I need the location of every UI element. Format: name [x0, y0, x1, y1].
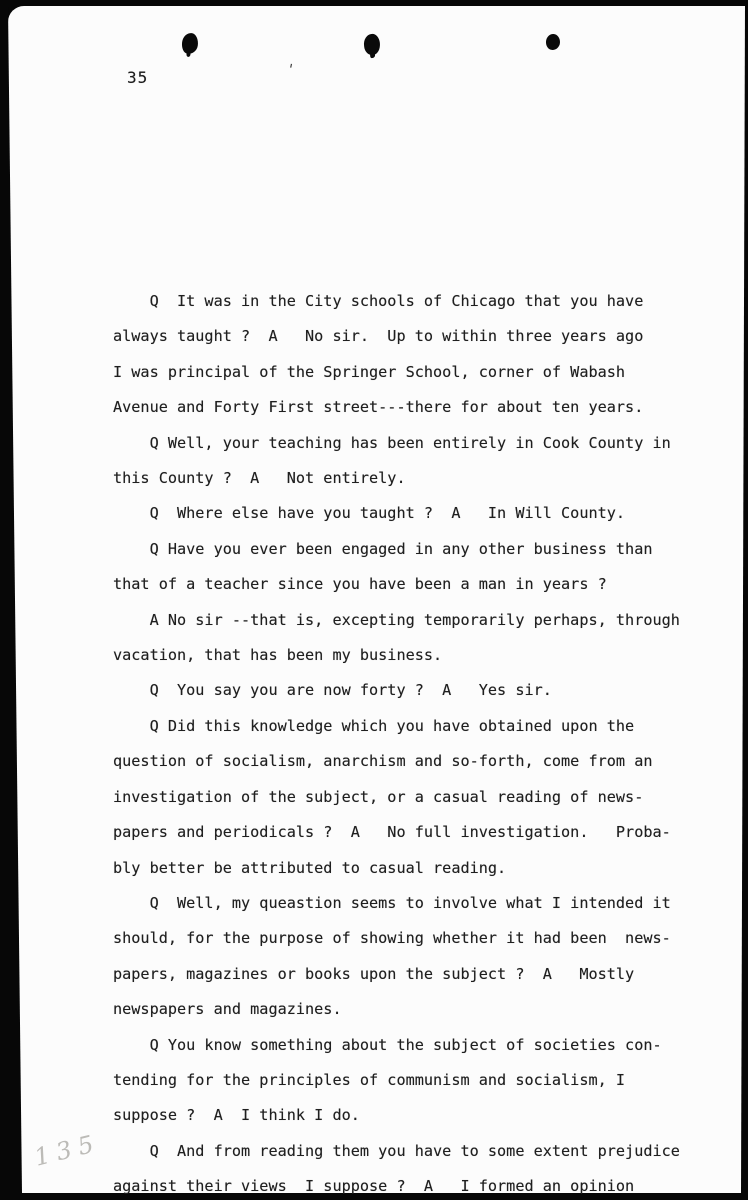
- transcript-line: vacation, that has been my business.: [113, 638, 680, 673]
- transcript-line: papers and periodicals ? A No full inves…: [113, 815, 680, 850]
- transcript-line: Avenue and Forty First street---there fo…: [113, 390, 680, 425]
- transcript-line: Q Did this knowledge which you have obta…: [113, 709, 680, 744]
- transcript-line: that of a teacher since you have been a …: [113, 567, 680, 602]
- transcript-line: Q And from reading them you have to some…: [113, 1134, 680, 1169]
- transcript-line: always taught ? A No sir. Up to within t…: [113, 319, 680, 354]
- transcript-line: papers, magazines or books upon the subj…: [113, 957, 680, 992]
- transcript-line: against their views I suppose ? A I form…: [113, 1169, 680, 1200]
- page-number: 35: [127, 68, 148, 87]
- transcript-line: I was principal of the Springer School, …: [113, 355, 680, 390]
- transcript-line: Q Where else have you taught ? A In Will…: [113, 496, 680, 531]
- transcript-line: Q Have you ever been engaged in any othe…: [113, 532, 680, 567]
- transcript-line: suppose ? A I think I do.: [113, 1098, 680, 1133]
- transcript-line: Q You know something about the subject o…: [113, 1028, 680, 1063]
- transcript-line: investigation of the subject, or a casua…: [113, 780, 680, 815]
- transcript-line: A No sir --that is, excepting temporaril…: [113, 603, 680, 638]
- transcript-line: Q Well, your teaching has been entirely …: [113, 426, 680, 461]
- transcript-line: Q It was in the City schools of Chicago …: [113, 284, 680, 319]
- transcript-line: bly better be attributed to casual readi…: [113, 851, 680, 886]
- transcript-line: this County ? A Not entirely.: [113, 461, 680, 496]
- transcript-line: should, for the purpose of showing wheth…: [113, 921, 680, 956]
- transcript-line: tending for the principles of communism …: [113, 1063, 680, 1098]
- transcript-line: Q You say you are now forty ? A Yes sir.: [113, 673, 680, 708]
- transcript-line: newspapers and magazines.: [113, 992, 680, 1027]
- transcript-line: Q Well, my queastion seems to involve wh…: [113, 886, 680, 921]
- scanned-transcript-page: 35 ' Q It was in the City schools of Chi…: [0, 0, 748, 1200]
- transcript-lines: Q It was in the City schools of Chicago …: [113, 284, 680, 1200]
- transcript-line: question of socialism, anarchism and so-…: [113, 744, 680, 779]
